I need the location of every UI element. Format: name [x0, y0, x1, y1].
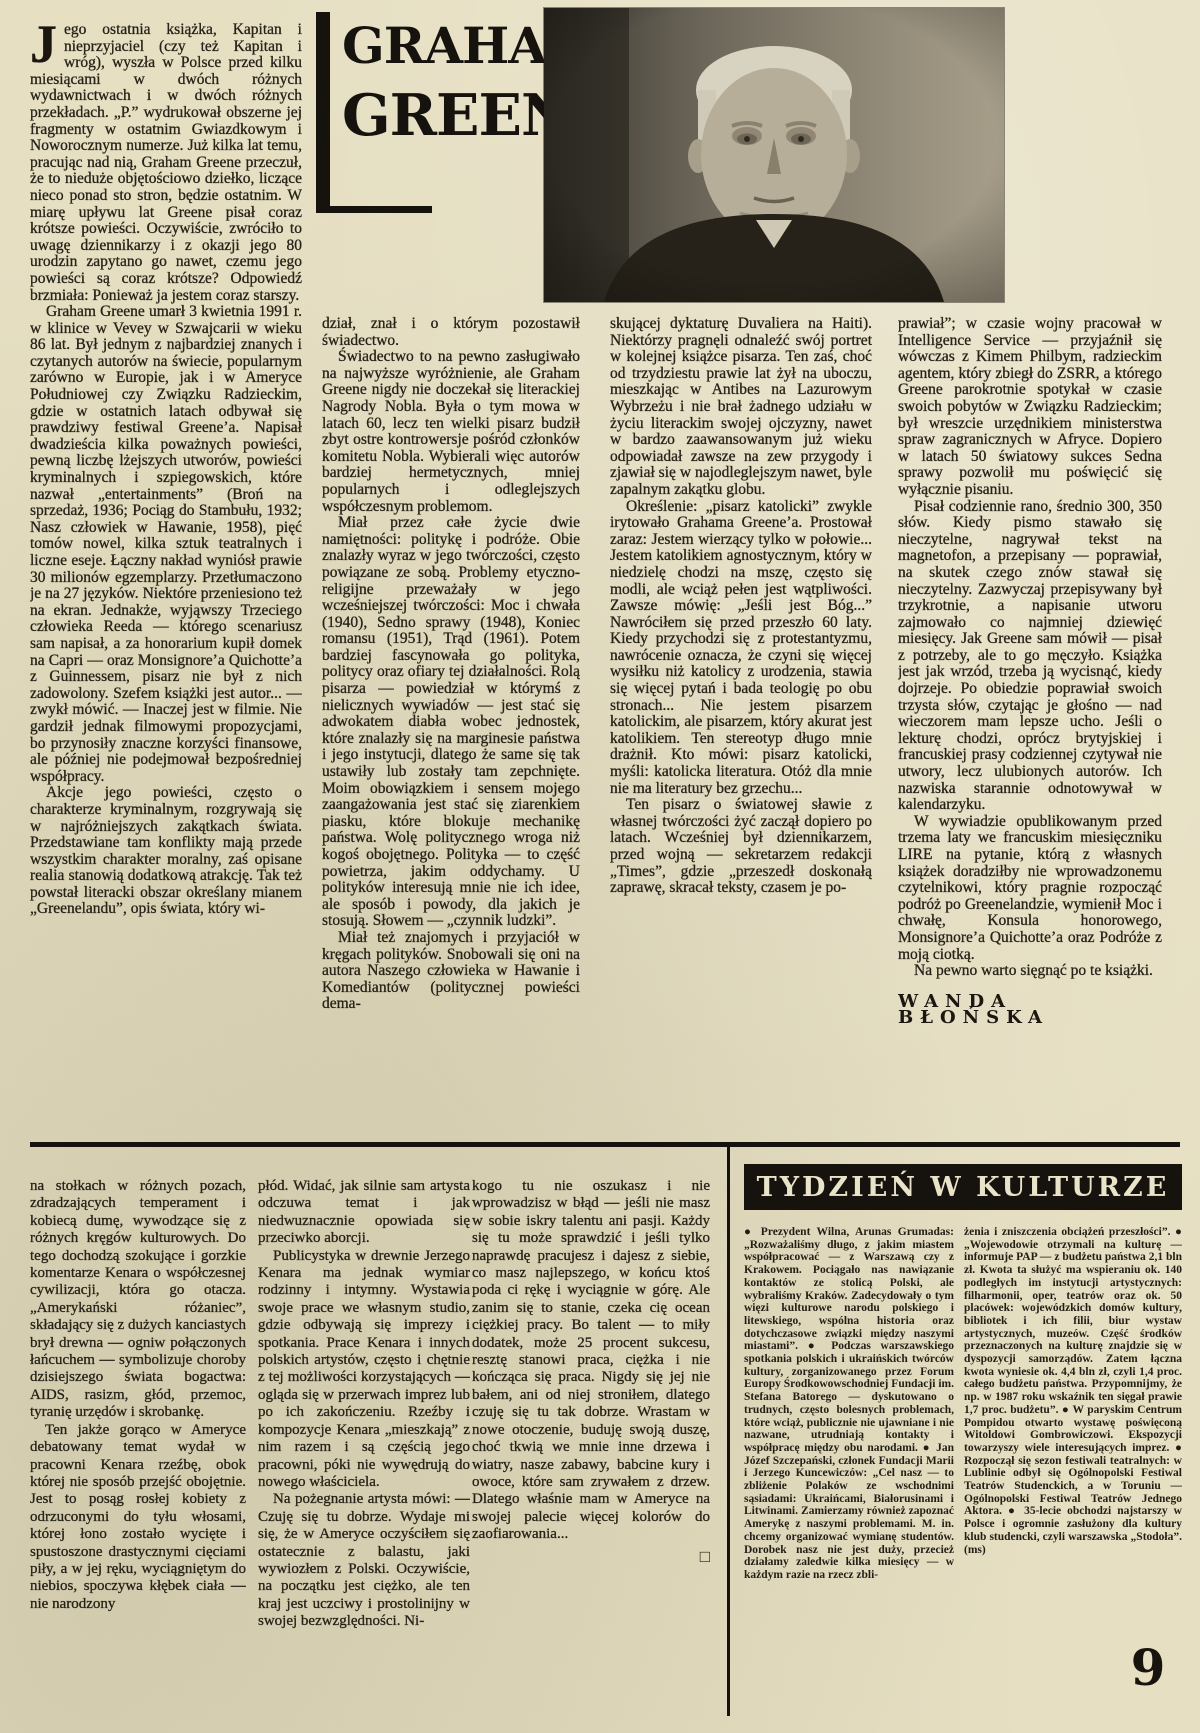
paragraph: płód. Widać, jak silnie sam artysta odcz… [258, 1178, 470, 1248]
paragraph: Jego ostatnia książka, Kapitan i nieprzy… [30, 22, 302, 304]
culture-week-column-1: ● Prezydent Wilna, Arunas Grumadas: „Roz… [744, 1226, 954, 1708]
paragraph: Miał też znajomych i przyjaciół w kręgac… [322, 930, 580, 1013]
kenar-column-c: kogo tu nie oszukasz i nie wprowadzisz w… [472, 1178, 710, 1726]
byline: WANDA BŁOŃSKA [898, 994, 1162, 1027]
graham-greene-photo [544, 8, 1004, 302]
kenar-column-b: płód. Widać, jak silnie sam artysta odcz… [258, 1178, 470, 1726]
section-divider-horizontal [30, 1142, 1180, 1147]
article-column-2: dział, znał i o którym pozostawił świade… [322, 316, 580, 1138]
article-column-4: prawiał”; w czasie wojny pracował w Inte… [898, 316, 1162, 1138]
headline-block: GRAHAM GREENE [316, 10, 548, 310]
end-of-article-icon: □ [472, 1548, 710, 1565]
paragraph: dział, znał i o którym pozostawił świade… [322, 316, 580, 349]
portrait-illustration [544, 8, 1004, 302]
section-divider-vertical [727, 1142, 730, 1716]
paragraph: Publicystyka w drewnie Jerzego Kenara ma… [258, 1248, 470, 1492]
headline-bottom-bar [316, 206, 432, 213]
newspaper-page: GRAHAM GREENE [0, 0, 1200, 1733]
page-number: 9 [1118, 1638, 1178, 1697]
culture-week-banner: TYDZIEŃ W KULTURZE [744, 1164, 1182, 1210]
paragraph: na stołkach w różnych pozach, zdradzając… [30, 1178, 246, 1422]
paragraph: Na pożegnanie artysta mówi: — Czuję się … [258, 1491, 470, 1630]
paragraph: skującej dyktaturę Duvaliera na Haiti). … [610, 316, 872, 499]
paragraph: Świadectwo to na pewno zasługiwało na na… [322, 349, 580, 515]
article-column-1: Jego ostatnia książka, Kapitan i nieprzy… [30, 22, 302, 1134]
paragraph: Miał przez całe życie dwie namiętności: … [322, 515, 580, 930]
paragraph: Ten jakże gorąco w Ameryce debatowany te… [30, 1422, 246, 1613]
paragraph: Na pewno warto sięgnąć po te książki. [898, 963, 1162, 980]
kenar-column-a: na stołkach w różnych pozach, zdradzając… [30, 1178, 246, 1726]
paragraph: Określenie: „pisarz katolicki” zwykle ir… [610, 499, 872, 798]
paragraph: kogo tu nie oszukasz i nie wprowadzisz w… [472, 1178, 710, 1544]
paragraph: żenia i zniszczenia obciążeń przeszłości… [964, 1226, 1182, 1556]
culture-week-column-2: żenia i zniszczenia obciążeń przeszłości… [964, 1226, 1182, 1708]
paragraph: Akcje jego powieści, często o charakterz… [30, 785, 302, 918]
paragraph: Graham Greene umarł 3 kwietnia 1991 r. w… [30, 304, 302, 785]
paragraph: ● Prezydent Wilna, Arunas Grumadas: „Roz… [744, 1226, 954, 1582]
paragraph: Ten pisarz o światowej sławie z własnej … [610, 797, 872, 897]
paragraph: W wywiadzie opublikowanym przed trzema l… [898, 814, 1162, 963]
article-column-3: skującej dyktaturę Duvaliera na Haiti). … [610, 316, 872, 1138]
paragraph: Pisał codziennie rano, średnio 300, 350 … [898, 499, 1162, 814]
paragraph: prawiał”; w czasie wojny pracował w Inte… [898, 316, 1162, 499]
headline-left-bar [316, 12, 330, 210]
